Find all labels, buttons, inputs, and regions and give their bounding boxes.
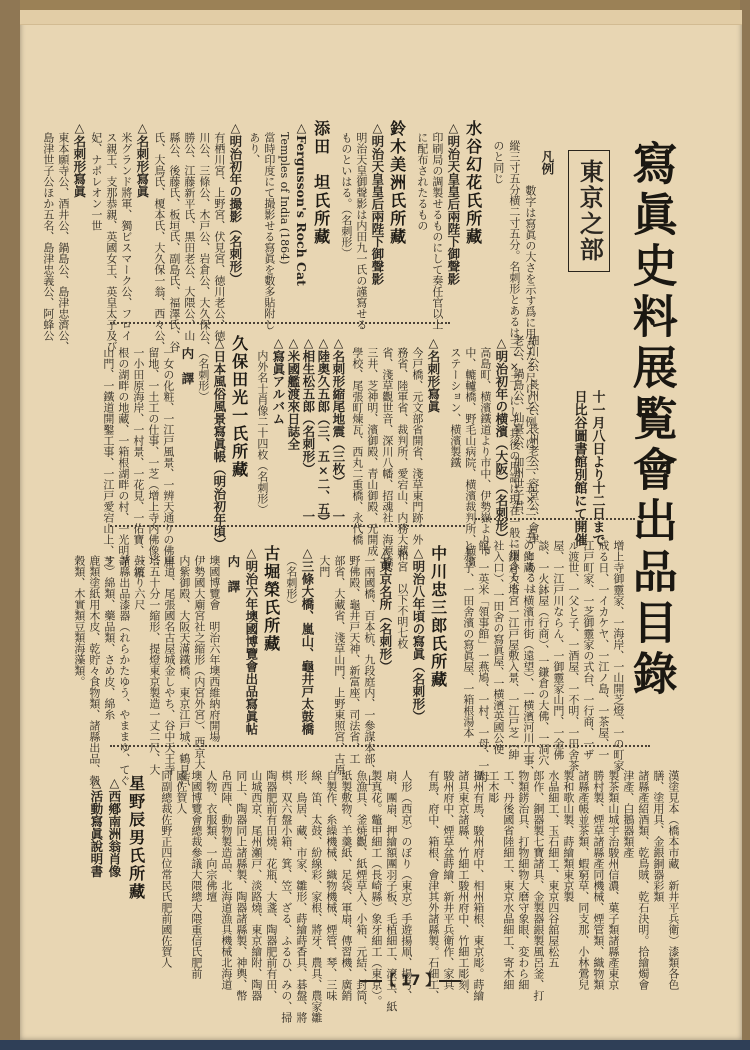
list-line: 老公、鍋島公、仙臺公、加州世子君、 <box>510 335 525 522</box>
list-line: 江戸町家、一芝御靈家の式台、一行商、一ザ <box>580 540 595 760</box>
item-text: 縣公、後藤氏、板垣氏、副島氏、福澤氏、谷 <box>166 132 181 352</box>
dotted-divider <box>110 525 465 527</box>
list-line: 諸縣產帳並茶類、蝦窮草、同支那、小林鶯兒 <box>575 770 590 990</box>
list-line: 增上寺御靈家、一海岸、一山開芝燈、一の町家 <box>610 540 625 771</box>
list-line: 郎作、銅器製七寶諸具、金製器銀製風呂釜、打 <box>530 770 545 1001</box>
list-line: 紙製敷物、羊羹紙、足袋、軍扇、傳習機、廣銷 <box>338 770 353 1001</box>
list-line: 細川公、長州公、長州老公、容堂公、會津 <box>525 335 540 544</box>
list-line: 物類錺治具、打物細物大磨守象眼、変わら細 <box>515 770 530 990</box>
item-title: △明治八年頃の寫眞（名刺形） <box>409 545 426 723</box>
item-text: 内外名士肖像二十四枚（名刺形） <box>254 350 269 515</box>
event-dates: 十一月八日より十二日まで <box>588 390 606 546</box>
item-count: 一 <box>314 510 331 523</box>
item-text: 中、轆轤橋、野毛山病院、横濱裁判所、横濱 <box>462 347 477 567</box>
item-text: 東本願寺公、酒井公、鍋島公、島津忠濟公、 <box>55 132 70 352</box>
list-line: ル渡世、一父と子、一酒屋、一不明、一田舍茶 <box>565 540 580 771</box>
list-line: 攝州有馬、駿州府中、相州箱根、東京彫。蒔繪 <box>470 770 485 1001</box>
item-text: 塔五十分一縮形、提燈東京製造一丈二尺、大 <box>146 555 161 775</box>
owner-heading: 古堀榮氏所藏 <box>260 545 282 653</box>
item-title: △名刺形縮尾地震（三枚） <box>329 335 346 488</box>
item-text: （名刺形） <box>283 555 298 610</box>
owner-heading: 久保田光一氏所藏 <box>228 335 250 479</box>
item-text: 島津世子公ほか五名、島津忠義公、阿蜂公 <box>40 132 55 341</box>
list-line: 陶器肥前有田燒、花瓶、大盞、陶器肥前有田、 <box>263 770 278 1001</box>
dotted-divider <box>110 322 450 324</box>
item-title: △明治天皇皇后兩陛下御聲影 <box>444 120 461 285</box>
item-title: △米國艦渡來日誌全 <box>284 335 301 450</box>
list-line: 自製作、糸繰機械、織物機械、煙管、琴、三味 <box>323 770 338 1001</box>
list-line: 製茶類山城宇治駿州信濃、菓子類諸縣產東京 <box>605 770 620 990</box>
item-text: 穀類、木實類豆類海藻類。 <box>71 555 86 687</box>
item-text: 當時印度にて撮影せる寫眞を數多貼附し <box>261 132 276 330</box>
list-line: 駿州府中、煙草盆蒔繪、新井平兵衛作、家具 <box>440 770 455 990</box>
item-text: （名刺形） <box>195 347 210 402</box>
item-text: 一女の化粧、一江戸風景、一辨天通りの佛居 <box>160 347 175 567</box>
list-line: 津產、白鵝器類產 <box>620 770 635 858</box>
item-title: △三條大橋、嵐山、龜井戸太鼓橋 <box>298 545 315 735</box>
page-number: 【 17 】 <box>360 970 461 990</box>
item-count: 一 <box>329 510 346 523</box>
item-title: △名刺形寫眞 <box>70 120 87 198</box>
event-venue: 日比谷圖書館別館にて開催 <box>570 390 588 546</box>
list-line: 人形（西京）のぼり（東京）手遊揚凧、揚弓、 <box>398 770 413 1001</box>
item-text: ものといはる。（名刺形） <box>338 132 353 259</box>
item-text: 留地、一土工の仕事、一芝（增上寺内佛像）、 <box>145 347 160 573</box>
item-text: 根の湖畔の地藏、一箱根湖畔の村、一光明寺 <box>115 347 130 567</box>
list-line: 棋、双六盤小箱、箕、笠、ざる、ふるひ、みの、掃 <box>278 770 293 1023</box>
owner-heading: 添田 坦氏所藏 <box>310 120 332 246</box>
list-line: 談、一火鉢屋（行商）、一鎌倉の大佛、一洞穴 <box>535 540 550 766</box>
item-title: △名刺形寫眞 <box>424 335 441 413</box>
owner-heading: 水谷幻花氏所藏 <box>462 120 484 246</box>
item-text: 一小田原海岸、一村景、一花見、一佑寶、一箱 <box>130 347 145 578</box>
list-line: 線、笛、太鼓、紛線彩、家根、將牙、農具、農家雛 <box>308 770 323 1023</box>
list-line: 諸縣產紹酒類、乾鳥賊、乾石決明。拾繪燭會 <box>635 770 650 990</box>
item-text: 學校、尾張町煉瓦、西丸二重橋、永代橋 <box>349 347 364 545</box>
list-line: 同上、陶器同上諸縣製、陶器諸縣製、神輿、幣 <box>233 770 248 1001</box>
item-text: 勝公、江藤新平氏、黒田老公、大隈公、山 <box>181 132 196 341</box>
item-count: 一 <box>299 510 316 523</box>
list-line: 同副總裁佐野正四位常民氏肥前國佐賀人 <box>158 770 173 968</box>
item-text: 車道、尾張國名古屋城金しやち、谷中天王寺 <box>161 555 176 775</box>
item-title: △明治初年の撮影（名刺形） <box>226 120 243 285</box>
item-title: △相生松五郎（名刺形） <box>299 335 316 475</box>
list-line: 膳、塗用具、金銀銅器彩類 <box>650 770 665 902</box>
notes-line: のと同じ <box>490 140 505 184</box>
item-text: 内 譯 <box>224 555 241 593</box>
section-label-tokyo: 東京之部 <box>568 150 610 272</box>
item-text: 大門 <box>316 555 331 577</box>
item-text: 川公、三條公、木戸公、岩倉公、大久保公、 <box>196 132 211 352</box>
owner-heading: 鈴木美洲氏所藏 <box>386 120 408 246</box>
page-title: 寫眞史料展覧會出品目錄 <box>620 140 681 701</box>
item-text: 氏、大鳥氏、榎本氏、大久保一翁、西々公、 <box>151 132 166 352</box>
item-text: 妃、ナポレオン一世 <box>88 132 103 231</box>
list-line: 墺國博覽會總裁參議大隈總大隈重信氏肥前 <box>188 770 203 979</box>
item-title: △名刺形寫眞 <box>133 120 150 198</box>
item-text: 鹿類塗紙用木皮、乾貯々食物類、諸縣出品、穀 <box>86 555 101 786</box>
item-title: △西鄕南洲翁肖像 <box>105 775 122 878</box>
item-text: 鼓渡り六尺 <box>131 555 146 610</box>
item-text: Temples of India (1864) <box>276 132 291 264</box>
item-text: 山門、一鐵道開鑿工事、一江戸愛宕山上、芝 <box>100 347 115 567</box>
list-line: 工木彫 <box>485 770 500 803</box>
item-text: 野佛殿、龜井戸天神、新富座、司法省、工 <box>346 555 361 764</box>
item-text: 墺國博覽會 明治六年墺西維納府開場 <box>206 555 221 742</box>
list-line: 諸具東京諸縣、竹細工駿州府中、竹細工彫刻、 <box>455 770 470 1001</box>
item-text: あり、 <box>246 132 261 165</box>
item-text: 省、淺草觀世音、深川八幡、招魂社、海源橋、 <box>379 347 394 578</box>
list-line: 人物、衣服類、一向宗佛壇 <box>203 770 218 902</box>
list-line: 漢塗見本（橋本市藏 新井平兵衛）漆類各色 <box>665 770 680 990</box>
list-line: の飾蔵、一横濱市街（遠望）、一横濱河川工事、 <box>520 540 535 777</box>
item-text: 和宮 以下不明七枚 <box>394 550 409 649</box>
item-text: 印刷局の調製せるものにして奏任官以上 <box>429 132 444 330</box>
list-line: 戒る日、一イカケヤ、一江ノ島、一茶屋、一 <box>595 540 610 760</box>
item-title: △活動寫眞說明書 <box>87 775 104 878</box>
notes-heading: 凡例 <box>538 150 555 175</box>
list-line: 勝村製、煙草諸縣產同機械、煙管類、織物類 <box>590 770 605 990</box>
item-title: △寫眞アルバム <box>269 335 286 425</box>
item-text: 明治天皇御聲影は内田九一氏の謹寫せる <box>353 132 368 330</box>
list-line: 工、丹後國省陸細工、東京水晶細工、寄木細 <box>500 770 515 990</box>
item-text: 高島町、横濱鐵道より市中、伊勢嶽より市 <box>477 347 492 556</box>
list-line: と赤子、一田舍濱の寫眞屋、一箱根湯本 <box>460 540 475 738</box>
list-line: 製和歌山製、蒔繪類東京製 <box>560 770 575 902</box>
list-line: 水晶細工、玉石細工、東京四谷舘屋松五 <box>545 770 560 968</box>
list-line: 有馬、府中、箱根、會津其外諸縣製。石細工、 <box>425 770 440 1001</box>
item-text: 内紫御殿、大阪天滿鐵橋、東京江戸城、鶴見汽 <box>176 555 191 786</box>
item-title: △日本風俗風景寫眞帳（明治初年頃） <box>210 335 227 550</box>
catalog-page: 寫眞史料展覧會出品目錄 十一月八日より十二日まで 日比谷圖書館別館にて開催 東京… <box>20 10 742 1040</box>
item-text: 有栖川宮、上野宮、伏見宮、徳川老公、徳 <box>211 132 226 341</box>
owner-heading: 中川忠三郎氏所藏 <box>427 545 449 689</box>
list-line: 國佐賀人 <box>173 770 188 814</box>
item-text: 一兩國橋、百本杭、九段庭内、一參謀本部、上 <box>361 555 376 786</box>
item-text: 今戸橋、元文部省開省、淺草東門跡、外 <box>409 347 424 545</box>
item-text: 伊勢國大廟宮社之縮形（内宮外宮）、西京大 <box>191 555 206 770</box>
item-text: 部省、大藏省、淺草山門、上野東照宮、古原 <box>331 555 346 775</box>
item-title: △陸奥久五郎（三、五×二、五） <box>314 335 331 528</box>
list-line: 一鎌倉大塔宮一江戸屋敷入景、一江戸芝（紳 <box>505 540 520 760</box>
page-number-value: 17 <box>401 973 420 989</box>
item-title: △明治六年墺國博覽會出品寫眞帖 <box>242 545 259 735</box>
list-line: 形、鳥居、藏、市家、雛形、蒔繪蒔香具、碁盤、將 <box>293 770 308 1023</box>
item-title: △明治初年の横濱（大阪）（名刺形） <box>492 335 509 544</box>
item-text: 米グランド將軍、獨ビスマーク公、フロイ <box>118 132 133 341</box>
owner-heading: 星野辰男氏所藏 <box>125 775 147 901</box>
item-text: 諸縣出品漆器（れらかたゆう、やままゆ、てぐ <box>116 555 131 786</box>
item-text: 内 譯 <box>178 347 195 385</box>
item-text: す）綿類、藥品類、さめ皮、綿糸 <box>101 555 116 720</box>
item-title: △Fergusson's Roch Cat <box>292 120 309 286</box>
item-text: に配布されたるもの <box>414 132 429 231</box>
item-text: ス親王、支那恭親、英國女王、英皇太子及び <box>103 132 118 352</box>
list-line: 社入口）、一田舍の寫眞屋、一横濱英國公使 <box>490 540 505 755</box>
list-line: 屋、一江戸川ならん、一御靈家山門、一金佛 <box>550 540 565 760</box>
list-line: 山城西京、尾州瀬戸、淡路燒、東京繪附、陶器 <box>248 770 263 1001</box>
dotted-divider <box>110 745 650 747</box>
item-text: ステーション、横濱製鐵 <box>447 347 462 468</box>
list-line: 帛西陣、動物製造品、北海道漁具機械北海道 <box>218 770 233 990</box>
dotted-divider <box>475 518 635 520</box>
item-title: △明治天皇皇后兩陛下御聲影 <box>368 120 385 285</box>
item-title: △東京名所（名刺形） <box>376 545 393 673</box>
